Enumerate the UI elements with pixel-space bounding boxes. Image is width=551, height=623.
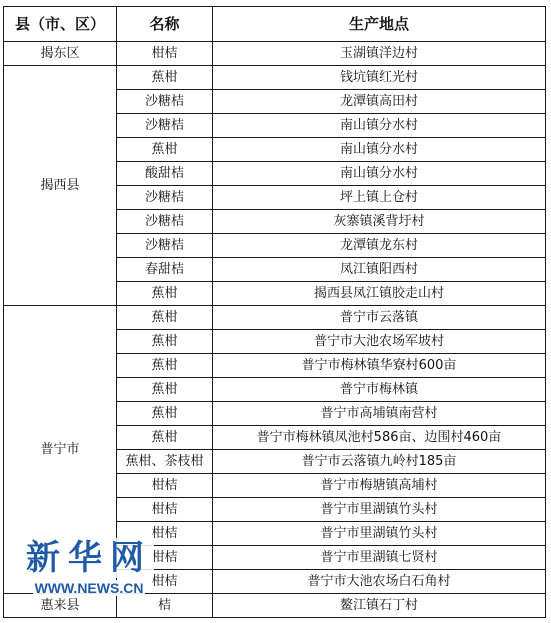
name-cell: 沙糖桔 (117, 234, 213, 258)
name-cell: 酸甜桔 (117, 162, 213, 186)
location-cell: 普宁市里湖镇竹头村 (213, 522, 546, 546)
name-cell: 蕉柑 (117, 306, 213, 330)
name-cell: 春甜桔 (117, 258, 213, 282)
table-row: 普宁市 蕉柑 普宁市云落镇 (4, 306, 546, 330)
name-cell: 柑桔 (117, 546, 213, 570)
header-location: 生产地点 (213, 7, 546, 42)
name-cell: 沙糖桔 (117, 90, 213, 114)
location-cell: 揭西县凤江镇胶走山村 (213, 282, 546, 306)
location-cell: 普宁市云落镇九岭村185亩 (213, 450, 546, 474)
location-cell: 钱坑镇红光村 (213, 66, 546, 90)
name-cell: 蕉柑、茶枝柑 (117, 450, 213, 474)
location-cell: 鳌江镇石丁村 (213, 594, 546, 618)
location-cell: 普宁市梅林镇 (213, 378, 546, 402)
citrus-production-table: 县（市、区） 名称 生产地点 揭东区 柑桔 玉湖镇洋边村 揭西县 蕉柑 钱坑镇红… (3, 6, 546, 618)
county-cell-huilai: 惠来县 (4, 594, 117, 618)
name-cell: 蕉柑 (117, 282, 213, 306)
location-cell: 普宁市梅塘镇高埔村 (213, 474, 546, 498)
name-cell: 蕉柑 (117, 378, 213, 402)
name-cell: 柑桔 (117, 522, 213, 546)
location-cell: 普宁市云落镇 (213, 306, 546, 330)
name-cell: 柑桔 (117, 498, 213, 522)
name-cell: 蕉柑 (117, 138, 213, 162)
location-cell: 普宁市梅林镇凤池村586亩、边围村460亩 (213, 426, 546, 450)
name-cell: 柑桔 (117, 474, 213, 498)
name-cell: 蕉柑 (117, 426, 213, 450)
county-cell-jiexi: 揭西县 (4, 66, 117, 306)
name-cell: 沙糖桔 (117, 210, 213, 234)
table-row: 揭东区 柑桔 玉湖镇洋边村 (4, 42, 546, 66)
location-cell: 普宁市高埔镇南营村 (213, 402, 546, 426)
name-cell: 蕉柑 (117, 354, 213, 378)
table-row: 揭西县 蕉柑 钱坑镇红光村 (4, 66, 546, 90)
location-cell: 龙潭镇高田村 (213, 90, 546, 114)
name-cell: 柑桔 (117, 570, 213, 594)
header-name: 名称 (117, 7, 213, 42)
location-cell: 凤江镇阳西村 (213, 258, 546, 282)
location-cell: 普宁市大池农场白石角村 (213, 570, 546, 594)
location-cell: 南山镇分水村 (213, 138, 546, 162)
location-cell: 龙潭镇龙东村 (213, 234, 546, 258)
location-cell: 普宁市里湖镇竹头村 (213, 498, 546, 522)
location-cell: 坪上镇上仓村 (213, 186, 546, 210)
location-cell: 灰寨镇溪背圩村 (213, 210, 546, 234)
name-cell: 沙糖桔 (117, 114, 213, 138)
name-cell: 蕉柑 (117, 330, 213, 354)
header-row: 县（市、区） 名称 生产地点 (4, 7, 546, 42)
county-cell-jiedong: 揭东区 (4, 42, 117, 66)
location-cell: 普宁市梅林镇华寮村600亩 (213, 354, 546, 378)
name-cell: 蕉柑 (117, 66, 213, 90)
location-cell: 普宁市里湖镇七贤村 (213, 546, 546, 570)
header-county: 县（市、区） (4, 7, 117, 42)
table-row: 惠来县 桔 鳌江镇石丁村 (4, 594, 546, 618)
name-cell: 蕉柑 (117, 402, 213, 426)
name-cell: 沙糖桔 (117, 186, 213, 210)
county-cell-puning: 普宁市 (4, 306, 117, 594)
location-cell: 普宁市大池农场军坡村 (213, 330, 546, 354)
location-cell: 南山镇分水村 (213, 114, 546, 138)
name-cell: 柑桔 (117, 42, 213, 66)
location-cell: 南山镇分水村 (213, 162, 546, 186)
name-cell: 桔 (117, 594, 213, 618)
location-cell: 玉湖镇洋边村 (213, 42, 546, 66)
